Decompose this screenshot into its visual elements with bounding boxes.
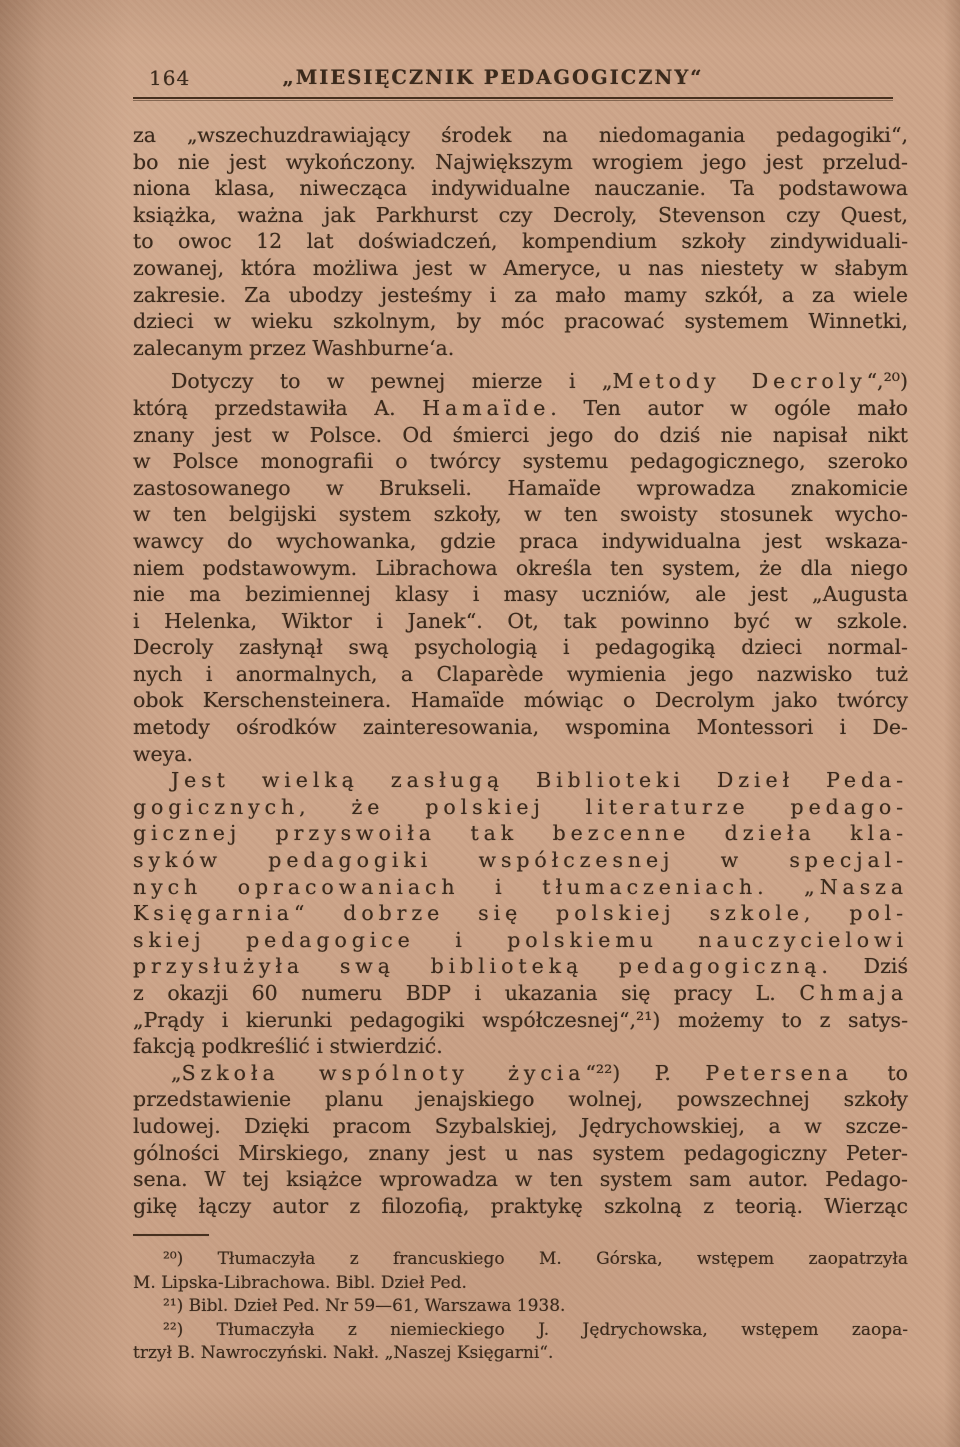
text-line: fakcją podkreślić i stwierdzić. (133, 1033, 908, 1060)
text-line: którą przedstawiła A. Hamaïde. Ten autor… (133, 395, 908, 422)
header-rule (133, 97, 893, 102)
text-segment: “²²) P. (585, 1061, 705, 1085)
text-segment: nie ma bezimiennej klasy i masy uczniów,… (133, 582, 908, 606)
text-segment: to (853, 1061, 908, 1085)
text-line: nych opracowaniach i tłumaczeniach. „Nas… (133, 874, 908, 901)
text-segment: weya. (133, 742, 193, 766)
text-line: nych i anormalnych, a Claparède wymienia… (133, 661, 908, 688)
spaced-text-segment: Księgarnia“ dobrze się polskiej szkole, … (133, 901, 908, 925)
text-line: znany jest w Polsce. Od śmierci jego do … (133, 422, 908, 449)
text-segment: wawcy do wychowanka, gdzie praca indywid… (133, 529, 908, 553)
text-segment: nych i anormalnych, a Claparède wymienia… (133, 662, 908, 686)
text-segment: ²¹) Bibl. Dzieł Ped. Nr 59—61, Warszawa … (163, 1296, 565, 1316)
text-segment: metody ośrodków zainteresowania, wspomin… (133, 715, 908, 739)
text-segment: Decroly zasłynął swą psychologią i pedag… (133, 635, 908, 659)
text-segment: bo nie jest wykończony. Największym wrog… (133, 150, 908, 174)
text-segment: fakcją podkreślić i stwierdzić. (133, 1034, 443, 1058)
text-line: „Prądy i kierunki pedagogiki współczesne… (133, 1007, 908, 1034)
text-line: nie ma bezimiennej klasy i masy uczniów,… (133, 581, 908, 608)
text-line: książka, ważna jak Parkhurst czy Decroly… (133, 202, 908, 229)
text-line: gogicznych, że polskiej literaturze peda… (133, 794, 908, 821)
text-line: metody ośrodków zainteresowania, wspomin… (133, 714, 908, 741)
text-segment: dzieci w wieku szkolnym, by móc pracować… (133, 309, 908, 333)
scanned-page: 164 „MIESIĘCZNIK PEDAGOGICZNY“ za „wszec… (0, 0, 960, 1447)
text-segment: „ (171, 1061, 182, 1085)
text-segment: książka, ważna jak Parkhurst czy Decroly… (133, 203, 908, 227)
spaced-text-segment: Hamaïde (422, 396, 550, 420)
text-segment: ludowej. Dzięki pracom Szybalskiej, Jędr… (133, 1114, 908, 1138)
text-segment: w ten belgijski system szkoły, w ten swo… (133, 502, 908, 526)
text-line: gicznej przyswoiła tak bezcenne dzieła k… (133, 820, 908, 847)
text-segment: . Ten autor w ogóle mało (550, 396, 908, 420)
journal-title: „MIESIĘCZNIK PEDAGOGICZNY“ (133, 66, 853, 89)
spaced-text-segment: Metody Decroly (613, 369, 867, 393)
spaced-text-segment: Chmaja (799, 981, 908, 1005)
spaced-text-segment: gicznej przyswoiła tak bezcenne dzieła k… (133, 821, 908, 845)
text-line: Jest wielką zasługą Biblioteki Dzieł Ped… (133, 767, 908, 794)
text-line: gólności Mirskiego, znany jest u nas sys… (133, 1140, 908, 1167)
footnote-rule (133, 1234, 209, 1236)
text-line: Dotyczy to w pewnej mierze i „Metody Dec… (133, 368, 908, 395)
text-line: zalecanym przez Washburne‘a. (133, 335, 908, 362)
paragraph: Dotyczy to w pewnej mierze i „Metody Dec… (133, 368, 908, 767)
text-segment: ²²) Tłumaczyła z niemieckiego J. Jędrych… (163, 1320, 908, 1340)
text-line: zastosowanego w Brukseli. Hamaïde wprowa… (133, 475, 908, 502)
text-line: bo nie jest wykończony. Największym wrog… (133, 149, 908, 176)
text-line: gikę łączy autor z filozofią, praktykę s… (133, 1193, 908, 1220)
text-segment: gikę łączy autor z filozofią, praktykę s… (133, 1194, 908, 1218)
text-line: Decroly zasłynął swą psychologią i pedag… (133, 634, 908, 661)
text-line: w Polsce monografii o twórcy systemu ped… (133, 448, 908, 475)
text-line: przedstawienie planu jenajskiego wolnej,… (133, 1086, 908, 1113)
text-line: wawcy do wychowanka, gdzie praca indywid… (133, 528, 908, 555)
text-line: niona klasa, niwecząca indywidualne nauc… (133, 175, 908, 202)
footnote-line: M. Lipska-Librachowa. Bibl. Dzieł Ped. (133, 1272, 908, 1296)
spaced-text-segment: Szkoła wspólnoty życia (182, 1061, 586, 1085)
text-segment: za „wszechuzdrawiający środek na niedoma… (133, 123, 908, 147)
text-line: weya. (133, 741, 908, 768)
text-segment: zalecanym przez Washburne‘a. (133, 336, 454, 360)
text-segment: sena. W tej książce wprowadza w ten syst… (133, 1167, 908, 1191)
text-segment: i Helenka, Wiktor i Janek“. Ot, tak powi… (133, 609, 908, 633)
paragraph: za „wszechuzdrawiający środek na niedoma… (133, 122, 908, 361)
paragraph: „Szkoła wspólnoty życia“²²) P. Petersena… (133, 1060, 908, 1220)
footnote-line: ²⁰) Tłumaczyła z francuskiego M. Górska,… (133, 1248, 908, 1272)
spaced-text-segment: przysłużyła swą biblioteką pedagogiczną. (133, 954, 833, 978)
text-line: skiej pedagogice i polskiemu nauczycielo… (133, 927, 908, 954)
text-line: przysłużyła swą biblioteką pedagogiczną.… (133, 953, 908, 980)
text-segment: zowanej, która możliwa jest w Ameryce, u… (133, 256, 908, 280)
spaced-text-segment: Petersena (705, 1061, 853, 1085)
text-line: sena. W tej książce wprowadza w ten syst… (133, 1166, 908, 1193)
text-segment: “,²⁰) (867, 369, 908, 393)
text-segment: zakresie. Za ubodzy jesteśmy i za mało m… (133, 283, 908, 307)
text-segment: w Polsce monografii o twórcy systemu ped… (133, 449, 908, 473)
paragraph: Jest wielką zasługą Biblioteki Dzieł Ped… (133, 767, 908, 1060)
spaced-text-segment: syków pedagogiki współczesnej w specjal- (133, 848, 908, 872)
body-text: za „wszechuzdrawiający środek na niedoma… (133, 122, 908, 1219)
text-line: niem podstawowym. Librachowa określa ten… (133, 555, 908, 582)
text-line: dzieci w wieku szkolnym, by móc pracować… (133, 308, 908, 335)
text-segment: ²⁰) Tłumaczyła z francuskiego M. Górska,… (163, 1249, 908, 1269)
text-segment: gólności Mirskiego, znany jest u nas sys… (133, 1141, 908, 1165)
text-line: w ten belgijski system szkoły, w ten swo… (133, 501, 908, 528)
text-segment: obok Kerschensteinera. Hamaïde mówiąc o … (133, 688, 908, 712)
footnote-line: trzył B. Nawroczyński. Nakł. „Naszej Ksi… (133, 1342, 908, 1366)
text-segment: trzył B. Nawroczyński. Nakł. „Naszej Ksi… (133, 1343, 553, 1363)
text-segment: z okazji 60 numeru BDP i ukazania się pr… (133, 981, 799, 1005)
footnote-line: ²²) Tłumaczyła z niemieckiego J. Jędrych… (133, 1319, 908, 1343)
spaced-text-segment: Jest wielką zasługą Biblioteki Dzieł Ped… (171, 768, 908, 792)
text-segment: zastosowanego w Brukseli. Hamaïde wprowa… (133, 476, 908, 500)
text-line: to owoc 12 lat doświadczeń, kompendium s… (133, 228, 908, 255)
text-line: obok Kerschensteinera. Hamaïde mówiąc o … (133, 687, 908, 714)
text-segment: przedstawienie planu jenajskiego wolnej,… (133, 1087, 908, 1111)
text-segment: to owoc 12 lat doświadczeń, kompendium s… (133, 229, 908, 253)
text-segment: M. Lipska-Librachowa. Bibl. Dzieł Ped. (133, 1273, 467, 1293)
text-line: zakresie. Za ubodzy jesteśmy i za mało m… (133, 282, 908, 309)
text-line: „Szkoła wspólnoty życia“²²) P. Petersena… (133, 1060, 908, 1087)
text-segment: niem podstawowym. Librachowa określa ten… (133, 556, 908, 580)
text-segment: którą przedstawiła A. (133, 396, 422, 420)
text-segment: „Prądy i kierunki pedagogiki współczesne… (133, 1008, 908, 1032)
footnote-line: ²¹) Bibl. Dzieł Ped. Nr 59—61, Warszawa … (133, 1295, 908, 1319)
text-segment: niona klasa, niwecząca indywidualne nauc… (133, 176, 908, 200)
spaced-text-segment: gogicznych, że polskiej literaturze peda… (133, 795, 908, 819)
text-segment: znany jest w Polsce. Od śmierci jego do … (133, 423, 908, 447)
text-segment: Dotyczy to w pewnej mierze i „ (171, 369, 613, 393)
text-line: za „wszechuzdrawiający środek na niedoma… (133, 122, 908, 149)
text-line: z okazji 60 numeru BDP i ukazania się pr… (133, 980, 908, 1007)
text-line: syków pedagogiki współczesnej w specjal- (133, 847, 908, 874)
text-line: zowanej, która możliwa jest w Ameryce, u… (133, 255, 908, 282)
text-line: Księgarnia“ dobrze się polskiej szkole, … (133, 900, 908, 927)
footnotes: ²⁰) Tłumaczyła z francuskiego M. Górska,… (133, 1248, 908, 1366)
text-line: ludowej. Dzięki pracom Szybalskiej, Jędr… (133, 1113, 908, 1140)
spaced-text-segment: skiej pedagogice i polskiemu nauczycielo… (133, 928, 908, 952)
spaced-text-segment: nych opracowaniach i tłumaczeniach. „Nas… (133, 875, 908, 899)
text-segment: Dziś (833, 954, 908, 978)
text-line: i Helenka, Wiktor i Janek“. Ot, tak powi… (133, 608, 908, 635)
